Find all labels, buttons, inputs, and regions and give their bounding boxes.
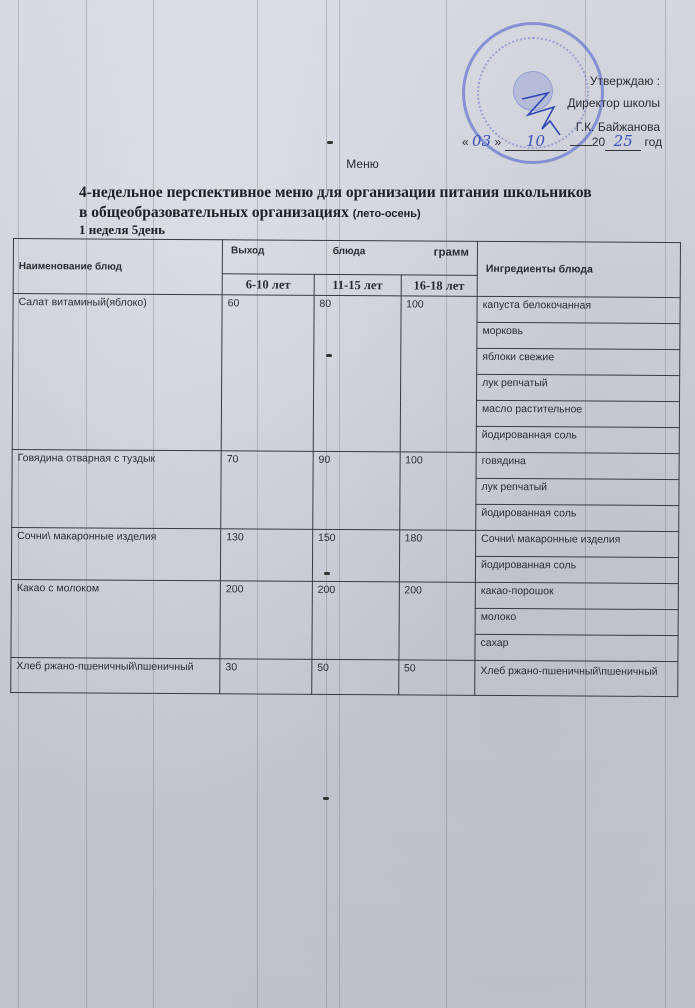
ingredient: какао-порошок bbox=[475, 582, 678, 609]
dish-name: Говядина отварная с туздык bbox=[12, 449, 222, 528]
dish-name: Какао с молоком bbox=[11, 579, 221, 658]
dish-yield: 70 bbox=[221, 451, 313, 530]
week-day-label: 1 неделя 5день bbox=[79, 222, 165, 238]
dish-yield: 200 bbox=[312, 581, 399, 660]
dish-yield: 100 bbox=[399, 452, 476, 530]
dish-yield: 100 bbox=[400, 296, 477, 452]
header-dish-name: Наименование блюд bbox=[13, 239, 222, 295]
ingredient: лук репчатый bbox=[477, 374, 680, 401]
ingredient: молоко bbox=[475, 608, 678, 635]
ingredient: сахар bbox=[475, 634, 678, 661]
date-quote-open: « bbox=[462, 135, 469, 149]
date-year-prefix: 20 bbox=[592, 135, 605, 149]
dish-name: Сочни\ макаронные изделия bbox=[11, 527, 220, 580]
dish-yield: 80 bbox=[313, 295, 401, 452]
ingredient: масло растительное bbox=[476, 400, 679, 427]
scan-speck bbox=[327, 141, 333, 144]
dish-yield: 200 bbox=[220, 581, 312, 660]
date-year-label: год bbox=[645, 135, 663, 149]
table-row: Говядина отварная с туздык7090100говядин… bbox=[12, 449, 679, 479]
table-row: Сочни\ макаронные изделия130150180Сочни\… bbox=[12, 527, 679, 557]
ingredient: лук репчатый bbox=[476, 478, 679, 505]
ingredient: йодированная соль bbox=[476, 426, 679, 453]
dish-yield: 200 bbox=[398, 582, 475, 660]
approval-heading: Утверждаю : bbox=[567, 70, 660, 92]
season-label: (лето-осень) bbox=[353, 208, 421, 220]
dish-yield: 90 bbox=[313, 451, 400, 530]
ingredient: морковь bbox=[477, 322, 680, 349]
ingredient: йодированная соль bbox=[475, 556, 678, 583]
ingredient: говядина bbox=[476, 452, 679, 479]
header-yield: Выход блюда грамм bbox=[222, 240, 477, 276]
table-row: Салат витаминый(яблоко)6080100капуста бе… bbox=[13, 294, 680, 324]
date-month: 10 bbox=[526, 132, 545, 150]
approval-block: Утверждаю : Директор школы Г.К. Байжанов… bbox=[567, 70, 660, 138]
title-line-2: в общеобразовательных организациях (лето… bbox=[79, 203, 592, 224]
ingredient: капуста белокочанная bbox=[477, 296, 680, 323]
header-age-16-18: 16-18 лет bbox=[401, 275, 478, 296]
date-day: 03 bbox=[472, 132, 491, 150]
ingredient: Сочни\ макаронные изделия bbox=[476, 530, 679, 557]
dish-yield: 130 bbox=[220, 529, 312, 582]
dish-yield: 50 bbox=[398, 660, 475, 695]
menu-label: Меню bbox=[0, 157, 695, 171]
ingredient: яблоки свежие bbox=[477, 348, 680, 375]
scan-speck bbox=[324, 572, 330, 575]
scanned-page: Утверждаю : Директор школы Г.К. Байжанов… bbox=[0, 0, 695, 1008]
dish-yield: 50 bbox=[312, 659, 399, 695]
title-line-1: 4-недельное перспективное меню для орган… bbox=[79, 183, 592, 203]
ingredient: Хлеб ржано-пшеничный\пшеничный bbox=[475, 660, 678, 696]
dish-yield: 60 bbox=[221, 295, 314, 452]
table-row: Какао с молоком200200200какао-порошок bbox=[11, 579, 678, 609]
dish-yield: 30 bbox=[220, 659, 312, 695]
dish-yield: 180 bbox=[399, 530, 476, 582]
header-age-6-10: 6-10 лет bbox=[222, 274, 314, 296]
approval-date: « 03 » 10 2025 год bbox=[462, 132, 662, 151]
date-quote-close: » bbox=[494, 135, 501, 149]
ingredient: йодированная соль bbox=[476, 504, 679, 531]
table-row: Хлеб ржано-пшеничный\пшеничный305050Хлеб… bbox=[11, 657, 678, 696]
header-ingredients: Ингредиенты блюда bbox=[477, 241, 680, 297]
header-age-11-15: 11-15 лет bbox=[314, 274, 401, 296]
scan-speck bbox=[323, 797, 329, 800]
scan-speck bbox=[326, 354, 332, 357]
approver-position: Директор школы bbox=[567, 92, 660, 114]
document-title: 4-недельное перспективное меню для орган… bbox=[79, 183, 592, 224]
dish-name: Хлеб ржано-пшеничный\пшеничный bbox=[11, 657, 220, 693]
date-year-suffix: 25 bbox=[614, 132, 633, 150]
dish-name: Салат витаминый(яблоко) bbox=[12, 294, 222, 451]
menu-table: Наименование блюд Выход блюда грамм Ингр… bbox=[10, 238, 681, 697]
